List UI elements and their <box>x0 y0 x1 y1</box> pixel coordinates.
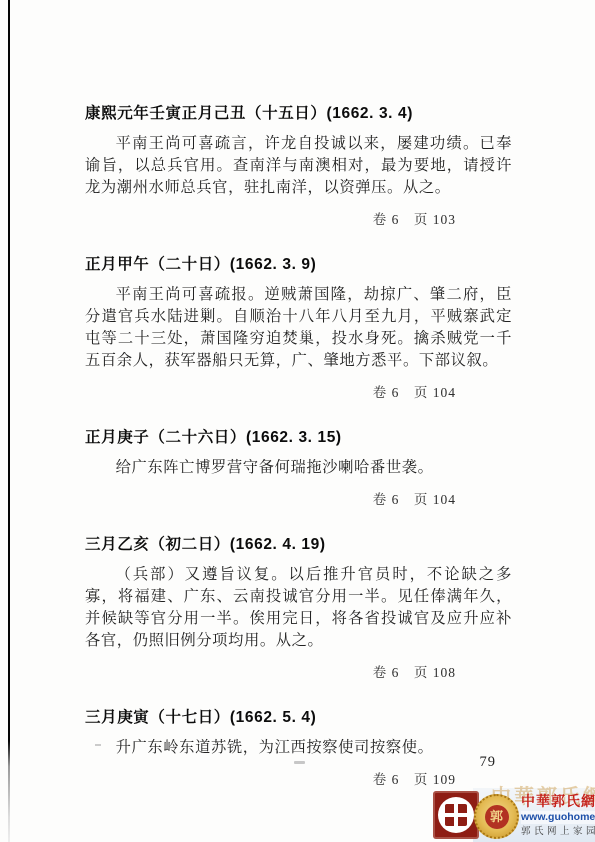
record-entry: 三月庚寅（十七日）(1662. 5. 4) 升广东岭东道苏铣，为江西按察使司按察… <box>85 708 512 788</box>
source-reference: 卷 6 页 108 <box>85 661 512 681</box>
record-entry: 康熙元年壬寅正月己丑（十五日）(1662. 3. 4) 平南王尚可喜疏言，许龙自… <box>85 104 512 228</box>
scan-artifact <box>95 744 101 746</box>
entry-date-heading: 三月庚寅（十七日）(1662. 5. 4) <box>85 708 512 728</box>
guo-clan-square-seal-icon <box>433 791 479 839</box>
site-tagline: 郭氏网上家园 <box>521 826 595 838</box>
site-name: 中華郭氏網 <box>521 794 595 809</box>
document-body: 康熙元年壬寅正月己丑（十五日）(1662. 3. 4) 平南王尚可喜疏言，许龙自… <box>85 104 512 788</box>
entry-text: 平南王尚可喜疏言，许龙自投诚以来，屡建功绩。已奉谕旨，以总兵官用。查南洋与南澳相… <box>85 133 512 199</box>
entry-date-heading: 三月乙亥（初二日）(1662. 4. 19) <box>85 535 512 555</box>
entry-date-heading: 康熙元年壬寅正月己丑（十五日）(1662. 3. 4) <box>85 104 512 124</box>
guo-clan-coin-seal-icon: 郭 <box>474 794 519 839</box>
site-url: www.guohome.org <box>521 811 595 824</box>
seal-core <box>445 804 467 826</box>
page-edge-scan-line <box>8 0 10 842</box>
page-number: 79 <box>480 754 497 771</box>
source-reference: 卷 6 页 104 <box>85 381 512 401</box>
source-reference: 卷 6 页 104 <box>85 488 512 508</box>
record-entry: 三月乙亥（初二日）(1662. 4. 19) （兵部）又遵旨议复。以后推升官员时… <box>85 535 512 681</box>
source-reference: 卷 6 页 109 <box>85 768 512 788</box>
record-entry: 正月甲午（二十日）(1662. 3. 9) 平南王尚可喜疏报。逆贼萧国隆，劫掠广… <box>85 255 512 401</box>
entry-text: 平南王尚可喜疏报。逆贼萧国隆，劫掠广、肇二府，臣分遣官兵水陆进剿。自顺治十八年八… <box>85 284 512 372</box>
record-entry: 正月庚子（二十六日）(1662. 3. 15) 给广东阵亡博罗营守备何瑞拖沙喇哈… <box>85 428 512 508</box>
entry-text: 升广东岭东道苏铣，为江西按察使司按察使。 <box>85 737 512 759</box>
coin-seal-character: 郭 <box>485 805 509 829</box>
entry-date-heading: 正月庚子（二十六日）(1662. 3. 15) <box>85 428 512 448</box>
seal-ring <box>438 797 474 833</box>
entry-date-heading: 正月甲午（二十日）(1662. 3. 9) <box>85 255 512 275</box>
entry-text: 给广东阵亡博罗营守备何瑞拖沙喇哈番世袭。 <box>85 457 512 479</box>
scan-artifact <box>294 761 305 764</box>
site-watermark: 中華郭氏網 郭 中華郭氏網 www.guohome.org 郭氏网上家园 <box>433 786 595 842</box>
entry-text: （兵部）又遵旨议复。以后推升官员时，不论缺之多寡，将福建、广东、云南投诚官分用一… <box>85 564 512 652</box>
watermark-text-block: 中華郭氏網 www.guohome.org 郭氏网上家园 <box>521 794 595 838</box>
source-reference: 卷 6 页 103 <box>85 208 512 228</box>
